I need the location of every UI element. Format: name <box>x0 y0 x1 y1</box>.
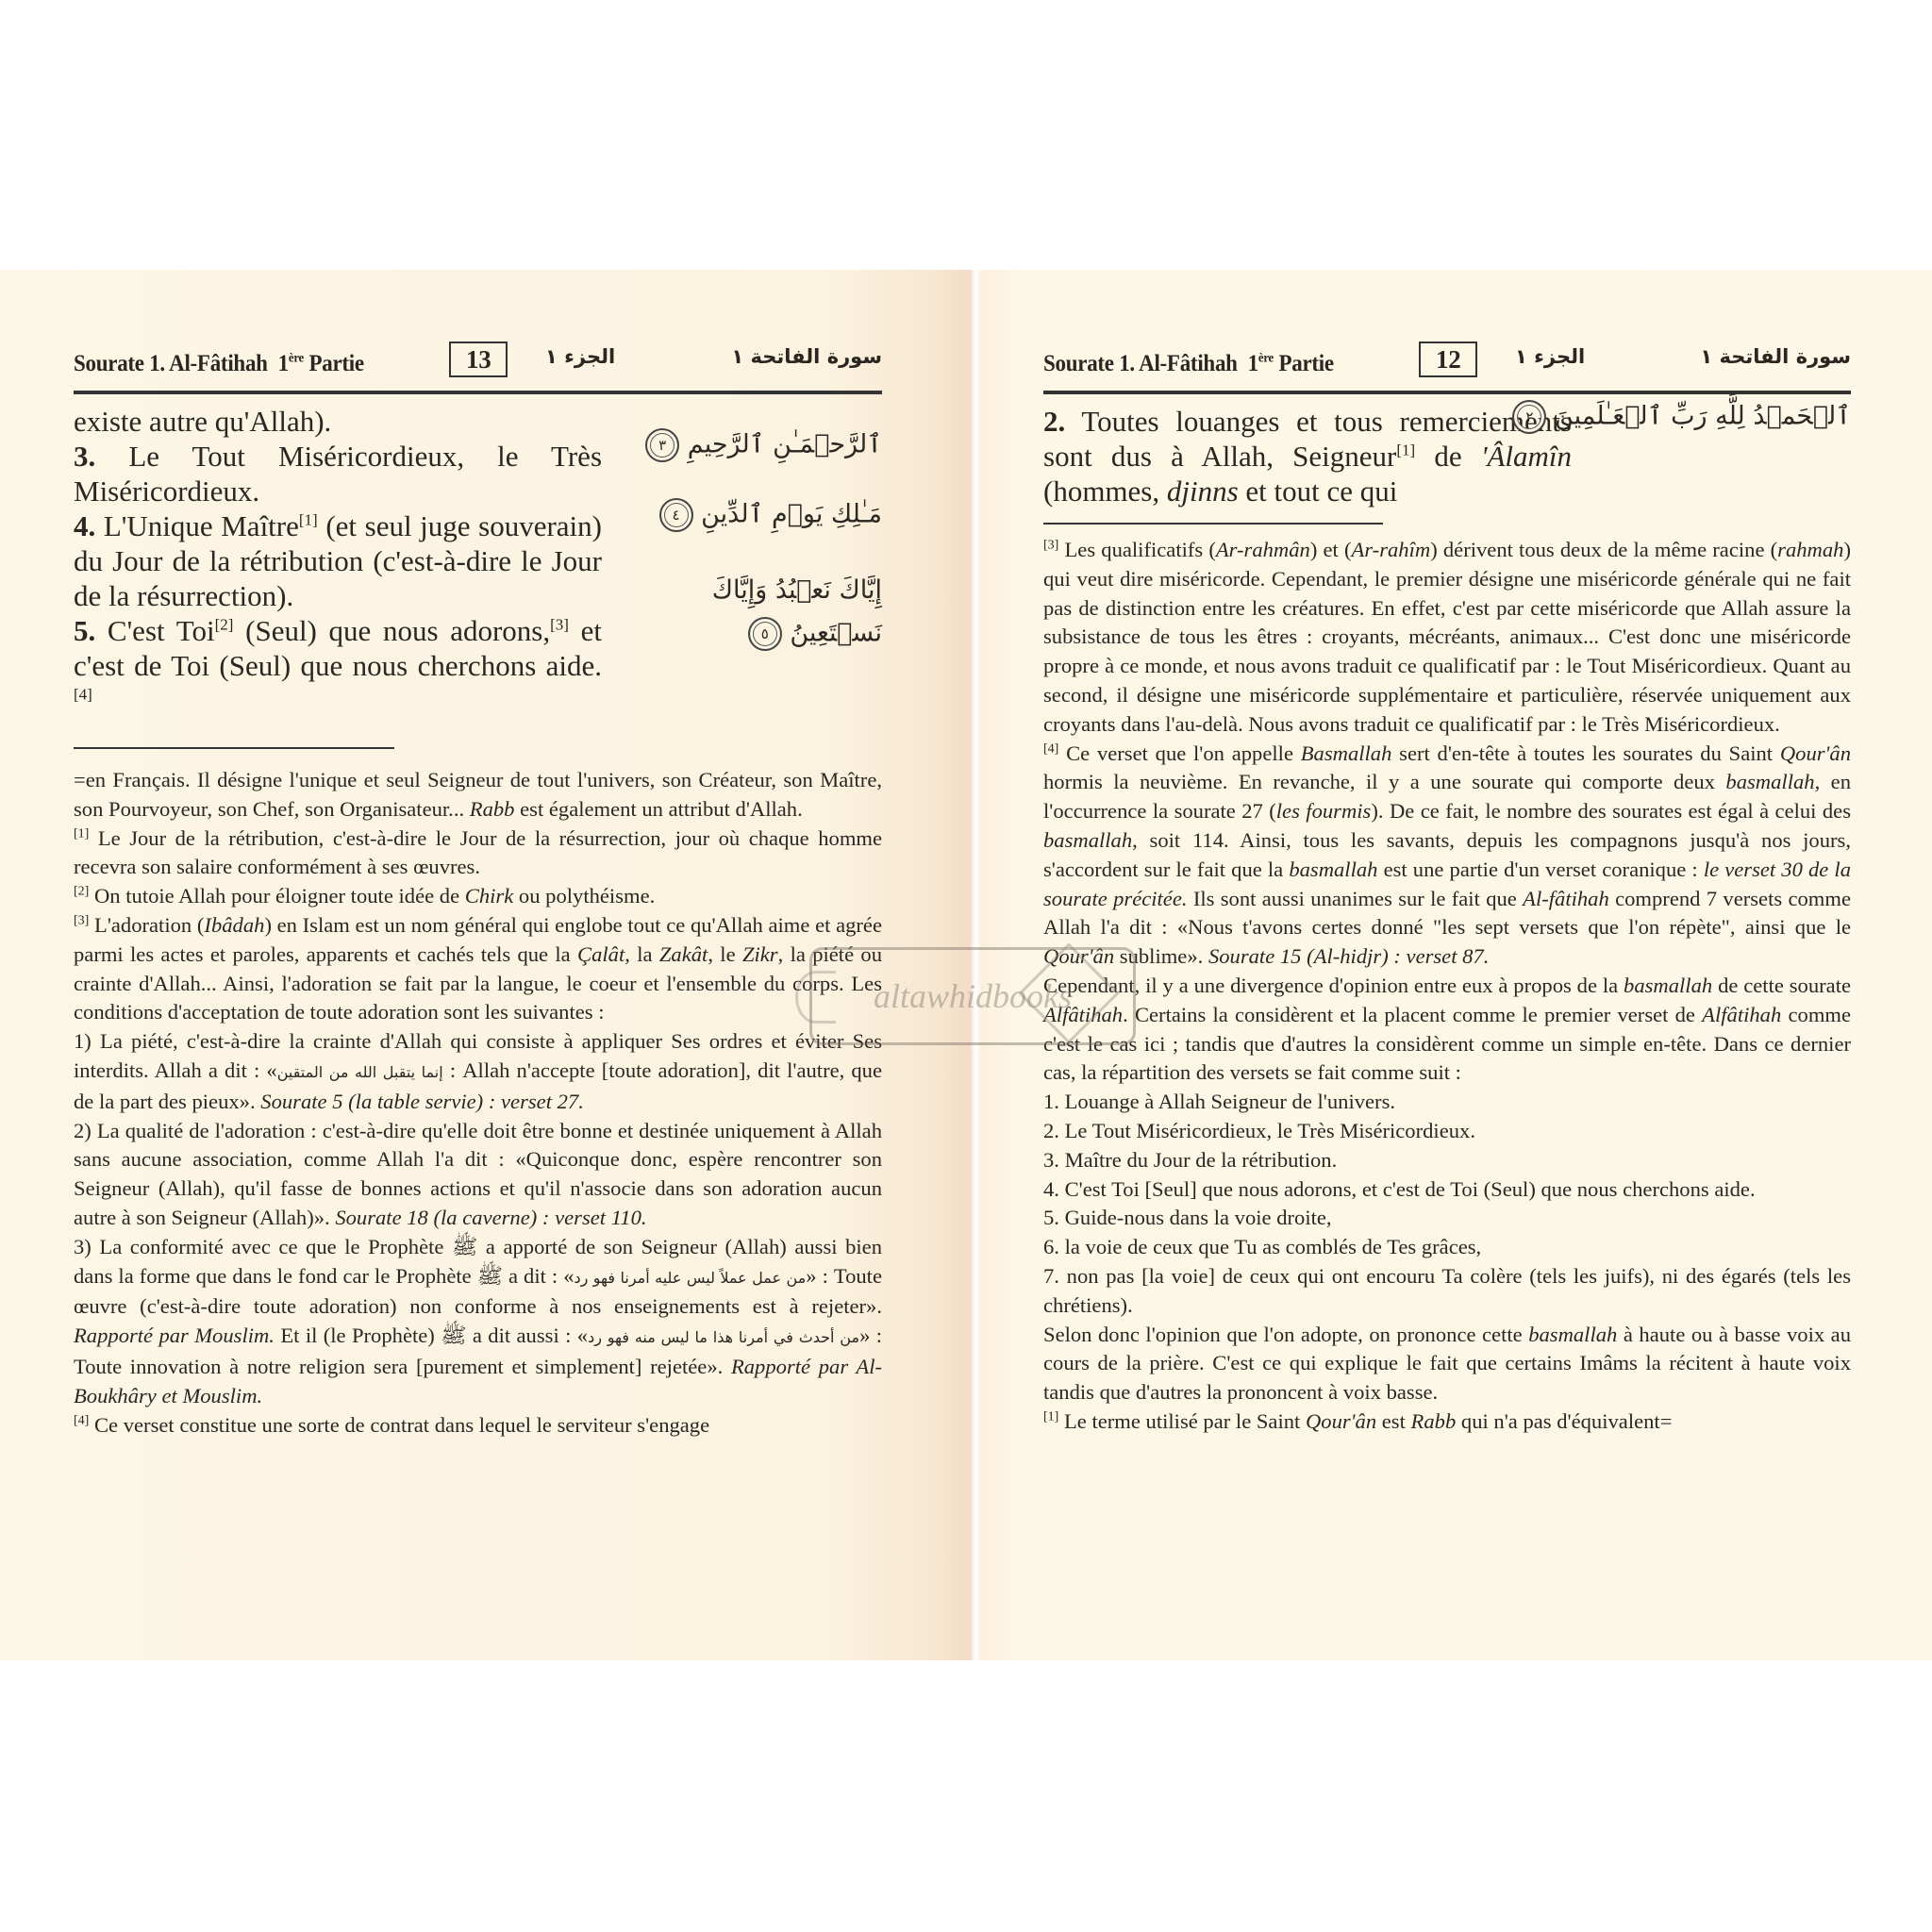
footnotes: =en Français. Il désigne l'unique et seu… <box>74 766 882 1440</box>
list-item: 5. Guide-nous dans la voie droite, <box>1043 1204 1851 1233</box>
footnote-4: [4] Ce verset constitue une sorte de con… <box>74 1411 882 1441</box>
condition-3: 3) La conformité avec ce que le Prophète… <box>74 1233 882 1411</box>
arabic-verse-3: ٱلرَّحۡمَـٰنِ ٱلرَّحِيمِ ٣ <box>641 428 882 462</box>
verses: 2. Toutes louanges et tous remerciements… <box>1043 404 1851 508</box>
ayah-marker-icon: ٤ <box>659 498 693 532</box>
list-item: 6. la voie de ceux que Tu as comblés de … <box>1043 1233 1851 1262</box>
list-item: 4. C'est Toi [Seul] que nous adorons, et… <box>1043 1175 1851 1205</box>
footnotes: [3] Les qualificatifs (Ar-rahmân) et (Ar… <box>1043 536 1851 1437</box>
condition-1: 1) La piété, c'est-à-dire la crainte d'A… <box>74 1027 882 1116</box>
verse-translation: 2. Toutes louanges et tous remerciements… <box>1043 404 1572 508</box>
selon-paragraph: Selon donc l'opinion que l'on adopte, on… <box>1043 1321 1851 1407</box>
salawat-icon: ﷺ <box>452 1235 477 1258</box>
arabic-juz-label: الجزء ١ <box>1515 345 1585 368</box>
list-item: 2. Le Tout Miséricordieux, le Très Misér… <box>1043 1117 1851 1146</box>
salawat-icon: ﷺ <box>477 1264 503 1288</box>
footnote-4: [4] Ce verset que l'on appelle Basmallah… <box>1043 740 1851 972</box>
arabic-juz-label: الجزء ١ <box>545 345 615 368</box>
arabic-verse-5b: نَسۡتَعِينُ ٥ <box>744 617 882 651</box>
verses: existe autre qu'Allah). 3. Le Tout Misér… <box>74 404 882 718</box>
ayah-marker-icon: ٥ <box>748 617 782 651</box>
list-item: 7. non pas [la voie] de ceux qui ont enc… <box>1043 1262 1851 1321</box>
footnote-1: [1] Le terme utilisé par le Saint Qour'â… <box>1043 1407 1851 1437</box>
list-item: 1. Louange à Allah Seigneur de l'univers… <box>1043 1088 1851 1117</box>
footnote-2: [2] On tutoie Allah pour éloigner toute … <box>74 882 882 911</box>
footnote-separator <box>74 747 394 749</box>
running-head-title: Sourate 1. Al-Fâtihah 1ère Partie <box>1043 351 1334 377</box>
divergence-paragraph: Cependant, il y a une divergence d'opini… <box>1043 972 1851 1088</box>
footnote-separator <box>1043 523 1383 525</box>
arabic-verse-5a: إِيَّاكَ نَعۡبُدُ وَإِيَّاكَ <box>712 575 882 605</box>
left-page: Sourate 1. Al-Fâtihah 1ère Partie 13 الج… <box>0 270 970 1660</box>
footnote-3: [3] Les qualificatifs (Ar-rahmân) et (Ar… <box>1043 536 1851 740</box>
ayah-marker-icon: ٢ <box>1512 400 1546 434</box>
page-number: 13 <box>449 341 508 377</box>
condition-2: 2) La qualité de l'adoration : c'est-à-d… <box>74 1117 882 1233</box>
arabic-verse-2: ٱلۡحَمۡدُ لِلَّهِ رَبِّ ٱلۡعَـٰلَمِينَ ٢ <box>1508 400 1851 434</box>
running-head: Sourate 1. Al-Fâtihah 1ère Partie 12 الج… <box>1043 345 1851 394</box>
arabic-surah-label: سورة الفاتحة ١ <box>731 345 882 368</box>
ayah-marker-icon: ٣ <box>645 428 679 462</box>
list-item: 3. Maître du Jour de la rétribution. <box>1043 1146 1851 1175</box>
book-gutter <box>970 270 981 1660</box>
salawat-icon: ﷺ <box>441 1324 466 1347</box>
page-number: 12 <box>1419 341 1477 377</box>
footnote-continuation: =en Français. Il désigne l'unique et seu… <box>74 766 882 824</box>
running-head: Sourate 1. Al-Fâtihah 1ère Partie 13 الج… <box>74 345 882 394</box>
arabic-verse-4: مَـٰلِكِ يَوۡمِ ٱلدِّينِ ٤ <box>656 498 883 532</box>
verse-translation: existe autre qu'Allah). 3. Le Tout Misér… <box>74 404 602 718</box>
footnote-3: [3] L'adoration (Ibâdah) en Islam est un… <box>74 911 882 1027</box>
arabic-surah-label: سورة الفاتحة ١ <box>1700 345 1851 368</box>
right-page: Sourate 1. Al-Fâtihah 1ère Partie 12 الج… <box>981 270 1932 1660</box>
footnote-1: [1] Le Jour de la rétribution, c'est-à-d… <box>74 824 882 883</box>
running-head-title: Sourate 1. Al-Fâtihah 1ère Partie <box>74 351 364 377</box>
